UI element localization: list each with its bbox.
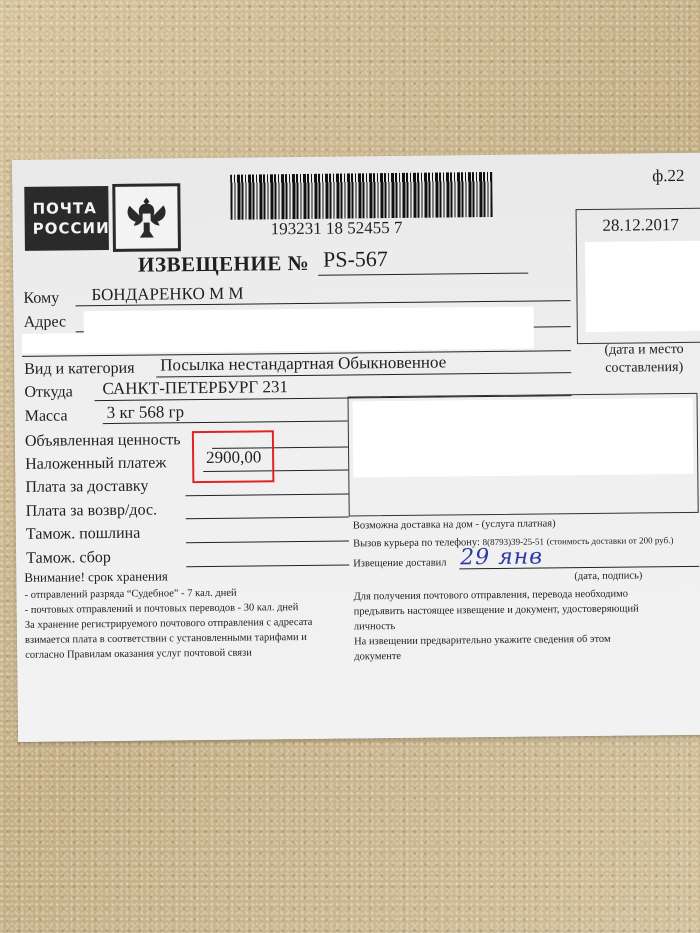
signature-caption: (дата, подпись): [574, 568, 642, 584]
mass-value: 3 кг 568 гр: [107, 402, 185, 423]
type-value: Посылка нестандартная Обыкновенное: [160, 352, 446, 375]
handwritten-signature: 29 янв: [460, 544, 543, 570]
date-caption-line-2: составления): [589, 359, 699, 378]
declared-value-label: Объявленная ценность: [25, 431, 181, 451]
customs-duty-label: Тамож. пошлина: [26, 525, 141, 544]
delivery-fee-line: [186, 493, 349, 496]
pickup-instructions: Для получения почтового отправления, пер…: [354, 586, 685, 664]
barcode-number: 193231 18 52455 7: [271, 218, 403, 239]
brand-line-2: РОССИИ: [33, 218, 109, 239]
barcode: [230, 172, 492, 220]
redacted-address-2: [22, 329, 534, 354]
date-caption: (дата и место составления): [589, 341, 699, 378]
date-place-box: 28.12.2017: [576, 208, 700, 344]
pochta-rossii-logo: ПОЧТА РОССИИ: [24, 186, 109, 251]
mass-label: Масса: [25, 407, 68, 425]
double-headed-eagle-icon: [112, 183, 181, 252]
to-label: Кому: [23, 290, 59, 308]
customs-fee-label: Тамож. сбор: [26, 549, 111, 568]
home-delivery-note: Возможна доставка на дом - (услуга платн…: [353, 516, 556, 533]
cod-highlight-box: [192, 430, 275, 483]
brand-line-1: ПОЧТА: [32, 198, 108, 219]
customs-duty-line: [186, 540, 349, 543]
cod-label: Наложенный платеж: [25, 454, 166, 473]
customs-fee-line: [186, 564, 349, 567]
storage-terms: - отправлений разряда “Судебное” - 7 кал…: [24, 584, 355, 662]
notice-date: 28.12.2017: [577, 215, 700, 236]
storage-heading: Внимание! срок хранения: [24, 568, 168, 586]
from-value: САНКТ-ПЕТЕРБУРГ 231: [102, 377, 288, 399]
redacted-stamp: [353, 398, 694, 478]
date-caption-line-1: (дата и место: [589, 341, 699, 360]
to-value: БОНДАРЕНКО М М: [91, 284, 243, 306]
address-label: Адрес: [24, 313, 66, 331]
return-fee-label: Плата за возвр/дос.: [26, 502, 158, 521]
postal-stamp-box: [347, 393, 698, 517]
delivery-fee-label: Плата за доставку: [25, 478, 148, 497]
redacted-place: [585, 241, 700, 332]
storage-line-5: согласно Правилам оказания услуг почтово…: [25, 644, 355, 662]
from-label: Откуда: [24, 383, 73, 402]
delivered-by-label: Извещение доставил: [353, 555, 446, 571]
postal-notice-form: ПОЧТА РОССИИ 193231 18 52455 7 ф.22 28.1…: [12, 153, 700, 742]
notice-title: ИЗВЕЩЕНИЕ №: [138, 251, 309, 278]
form-code: ф.22: [652, 166, 684, 186]
type-label: Вид и категория: [24, 360, 135, 379]
courier-cost: (стоимость доставки от 200 руб.): [547, 535, 674, 546]
return-fee-line: [186, 516, 349, 519]
title-underline: [318, 273, 528, 276]
notice-number: PS-567: [323, 246, 388, 273]
